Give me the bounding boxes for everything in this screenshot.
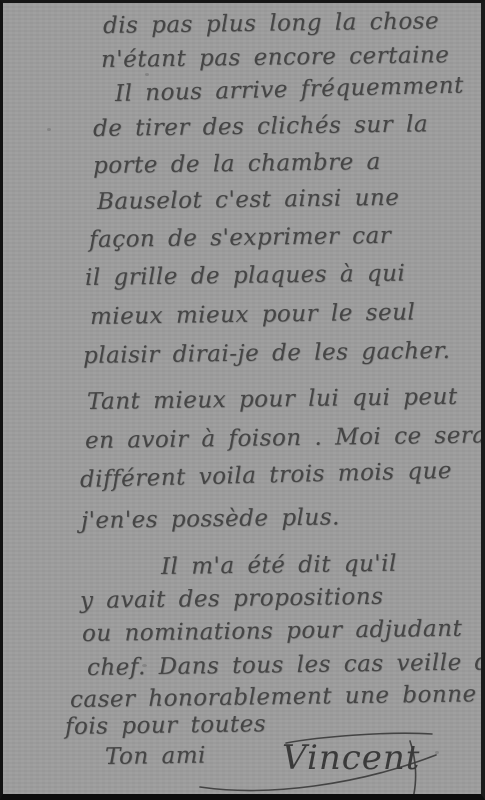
letter-line: ou nominations pour adjudant [82, 616, 463, 647]
letter-line: façon de s'exprimer car [89, 223, 392, 253]
signature-name: Vincent [282, 738, 420, 778]
letter-line: Tant mieux pour lui qui peut [87, 384, 458, 415]
letter-line: il grille de plaques à qui [85, 261, 406, 291]
letter-line: porte de la chambre a [93, 149, 381, 179]
letter-line: différent voila trois mois que [80, 458, 453, 493]
letter-line: dis pas plus long la chose [103, 8, 439, 39]
letter-line: en avoir à foison . Moi ce serait [85, 422, 485, 454]
letter-line: Il nous arrive fréquemment [115, 72, 464, 107]
letter-line: j'en'es possède plus. [81, 504, 340, 534]
paper-speck [435, 751, 439, 754]
paper-speck [142, 664, 147, 667]
letter-line: plaisir dirai-je de les gacher. [83, 338, 451, 369]
letter-line: n'étant pas encore certaine [101, 42, 450, 73]
letter-line: mieux mieux pour le seul [90, 299, 416, 330]
letter-page: dis pas plus long la chose n'étant pas e… [0, 0, 485, 800]
signature: Vincent [178, 723, 478, 800]
letter-line: Bauselot c'est ainsi une [97, 185, 400, 215]
paper-speck [47, 128, 51, 131]
letter-line: de tirer des clichés sur la [93, 111, 428, 142]
letter-line: caser honorablement une bonne [70, 681, 477, 713]
letter-line: y avait des propositions [80, 584, 384, 614]
paper-speck [145, 73, 149, 76]
letter-line: Il m'a été dit qu'il [161, 551, 397, 580]
